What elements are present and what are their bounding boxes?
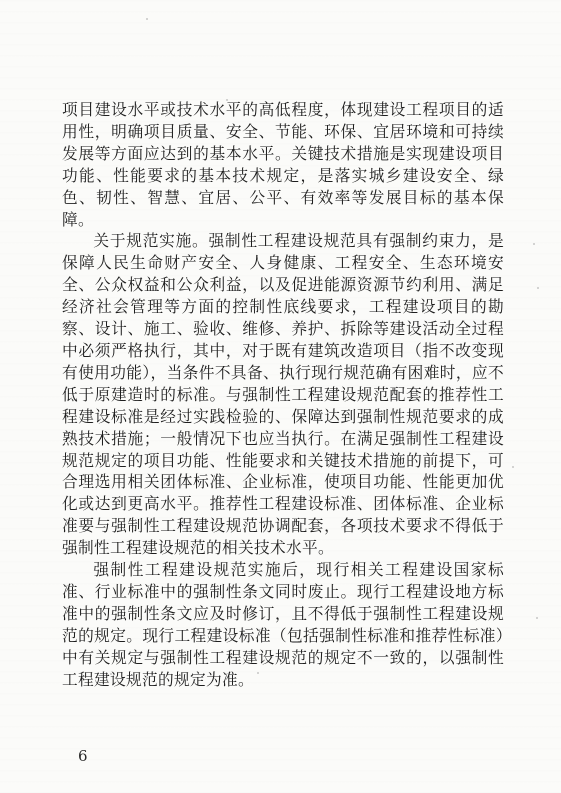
scan-artifact bbox=[533, 243, 535, 245]
paragraph-supersession: 强制性工程建设规范实施后，现行相关工程建设国家标准、行业标准中的强制性条文同时废… bbox=[62, 560, 504, 691]
scan-artifact bbox=[512, 466, 514, 468]
body-text: 项目建设水平或技术水平的高低程度，体现建设工程项目的适用性，明确项目质量、安全、… bbox=[62, 100, 504, 691]
document-page: 项目建设水平或技术水平的高低程度，体现建设工程项目的适用性，明确项目质量、安全、… bbox=[0, 0, 561, 793]
paragraph-continuation: 项目建设水平或技术水平的高低程度，体现建设工程项目的适用性，明确项目质量、安全、… bbox=[62, 100, 504, 231]
scan-artifact bbox=[537, 287, 539, 289]
paragraph-implementation: 关于规范实施。强制性工程建设规范具有强制约束力，是保障人民生命财产安全、人身健康… bbox=[62, 231, 504, 560]
scan-artifact bbox=[110, 673, 112, 675]
scan-artifact bbox=[146, 18, 148, 20]
scan-artifact bbox=[536, 617, 538, 619]
scan-artifact bbox=[257, 672, 259, 674]
page-number: 6 bbox=[78, 747, 88, 765]
scan-artifact bbox=[226, 99, 228, 101]
scan-artifact bbox=[463, 652, 466, 654]
